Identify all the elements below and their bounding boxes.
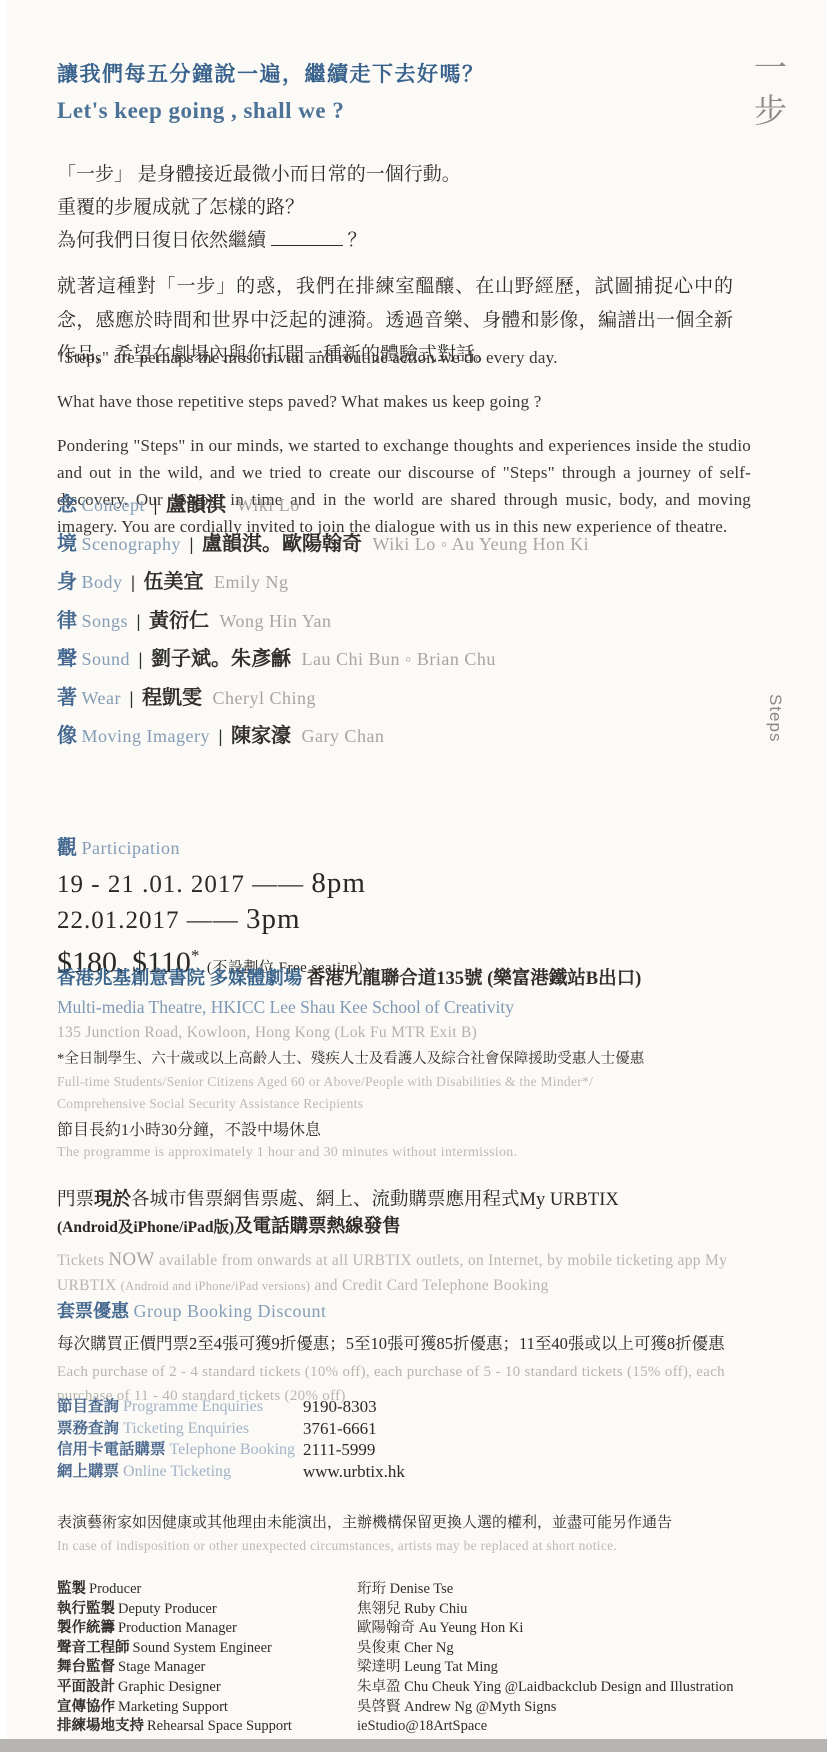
credit-row-scenography: 境 Scenography | 盧韻淇。歐陽翰奇 Wiki Lo ◦ Au Ye… <box>57 525 589 564</box>
credit-glyph: 著 <box>57 687 77 709</box>
enquiries-section: 節目查詢Programme Enquiries 9190-8303 票務查詢Ti… <box>57 1396 405 1482</box>
show-time: 8pm <box>311 867 366 899</box>
credit-role: Concept <box>82 495 146 515</box>
tickets-en-pre: Tickets <box>57 1252 108 1269</box>
prod-label: 舞台監督Stage Manager <box>57 1658 357 1678</box>
tickets-en: Tickets NOW available from onwards at al… <box>57 1247 763 1299</box>
enquiry-label: 網上購票Online Ticketing <box>57 1461 303 1483</box>
credit-role: Body <box>82 572 123 592</box>
title-en: Let's keep going , shall we ? <box>57 98 485 124</box>
credit-name-en: Gary Chan <box>295 726 384 746</box>
discount-header: 套票優惠 Group Booking Discount <box>57 1297 747 1323</box>
intro-zh-line1: 「一步」 是身體接近最微小而日常的一個行動。 <box>57 158 733 191</box>
prod-name: 焦翎兒 Ruby Chiu <box>357 1600 467 1620</box>
tickets-zh-hotline: 及電話購票熱線發售 <box>234 1217 401 1237</box>
credit-separator: | <box>126 688 138 708</box>
prod-label: 宣傳協作Marketing Support <box>57 1698 357 1718</box>
disclaimer-zh: 表演藝術家如因健康或其他理由未能演出，主辦機構保留更換人選的權利，並盡可能另作通… <box>57 1512 672 1534</box>
prod-name: 梁達明 Leung Tat Ming <box>357 1658 498 1678</box>
credit-name-en: Lau Chi Bun ◦ Brian Chu <box>295 649 495 669</box>
prod-label-zh: 聲音工程師 <box>57 1640 130 1656</box>
venue-address-en: 135 Junction Road, Kowloon, Hong Kong (L… <box>57 1024 641 1042</box>
credit-glyph: 身 <box>57 571 77 593</box>
prod-label-zh: 製作統籌 <box>57 1620 115 1636</box>
duration-en: The programme is approximately 1 hour an… <box>57 1145 517 1161</box>
enquiry-row-online-ticketing: 網上購票Online Ticketing www.urbtix.hk <box>57 1461 405 1483</box>
enquiry-label-en: Telephone Booking <box>166 1441 296 1458</box>
participation-label: Participation <box>82 838 180 858</box>
prod-name: 吳啓賢 Andrew Ng @Myth Signs <box>357 1698 556 1718</box>
venue-line-zh: 香港兆基創意書院 多媒體劇場 香港九龍聯合道135號 (樂富港鐵站B出口) <box>57 966 641 992</box>
flyer-header: 讓我們每五分鐘說一遍，繼續走下去好嗎？ Let's keep going , s… <box>57 58 485 124</box>
tickets-zh-post: 各城市售票網售票處、網上、流動購票應用程式My URBTIX <box>131 1190 619 1210</box>
price-asterisk: * <box>191 946 200 965</box>
credit-separator: | <box>214 726 226 746</box>
intro-en-para2: What have those repetitive steps paved? … <box>57 388 751 415</box>
date-dash: —— <box>252 871 304 898</box>
credit-name-en: Wiki Lo ◦ Au Yeung Hon Ki <box>366 534 589 554</box>
credit-row-concept: 念 Concept | 盧韻淇 Wiki Lo <box>57 486 589 525</box>
credit-separator: | <box>185 534 197 554</box>
fill-in-blank <box>271 226 343 246</box>
discount-header-zh: 套票優惠 <box>57 1301 129 1321</box>
prod-row-graphic-designer: 平面設計Graphic Designer 朱卓盈 Chu Cheuk Ying … <box>57 1678 733 1698</box>
prod-label-en: Graphic Designer <box>115 1679 221 1695</box>
credit-name-en: Emily Ng <box>208 572 289 592</box>
credit-row-sound: 聲 Sound | 劉子斌。朱彥龢 Lau Chi Bun ◦ Brian Ch… <box>57 640 589 679</box>
enquiry-label-en: Online Ticketing <box>119 1463 231 1480</box>
intro-en-para1: "Steps" are perhaps the most trivial and… <box>57 344 751 371</box>
credit-glyph: 境 <box>57 533 77 555</box>
credit-row-wear: 著 Wear | 程凱雯 Cheryl Ching <box>57 679 589 718</box>
prod-label-en: Production Manager <box>115 1620 237 1636</box>
enquiry-row-programme: 節目查詢Programme Enquiries 9190-8303 <box>57 1396 405 1418</box>
ticketing-info: 門票現於各城市售票網售票處、網上、流動購票應用程式My URBTIX (Andr… <box>57 1187 763 1299</box>
venue-name-zh: 香港兆基創意書院 多媒體劇場 <box>57 969 302 989</box>
prod-label-zh: 宣傳協作 <box>57 1699 115 1715</box>
date-text: 22.01.2017 <box>57 907 180 934</box>
credit-role: Sound <box>82 649 131 669</box>
enquiry-row-ticketing: 票務查詢Ticketing Enquiries 3761-6661 <box>57 1418 405 1440</box>
tickets-en-platforms: (Android and iPhone/iPad versions) <box>121 1279 311 1293</box>
discount-header-en: Group Booking Discount <box>134 1301 327 1321</box>
prod-name: 珩珩 Denise Tse <box>357 1580 453 1600</box>
intro-zh-line2: 重覆的步履成就了怎樣的路？ <box>57 191 733 224</box>
enquiry-label-en: Programme Enquiries <box>119 1398 263 1415</box>
prod-row-marketing-support: 宣傳協作Marketing Support 吳啓賢 Andrew Ng @Myt… <box>57 1698 733 1718</box>
yat-bo-logo: 一步 <box>750 50 783 136</box>
enquiry-label-zh: 票務查詢 <box>57 1420 119 1437</box>
show-date-2: 22.01.2017 —— 3pm <box>57 902 366 938</box>
intro-zh-line3-pre: 為何我們日復日依然繼續 <box>57 230 271 251</box>
prod-name: 朱卓盈 Chu Cheuk Ying @Laidbackclub Design … <box>357 1678 733 1698</box>
credit-glyph: 念 <box>57 494 77 516</box>
enquiry-label-en: Ticketing Enquiries <box>119 1420 249 1437</box>
prod-label-zh: 舞台監督 <box>57 1659 115 1675</box>
concession-en-line2: Comprehensive Social Security Assistance… <box>57 1094 644 1114</box>
prod-label: 平面設計Graphic Designer <box>57 1678 357 1698</box>
prod-row-rehearsal-space: 排練場地支持Rehearsal Space Support ieStudio@1… <box>57 1717 733 1737</box>
credit-separator: | <box>135 649 147 669</box>
duration-zh: 節目長約1小時30分鐘，不設中場休息 <box>57 1117 517 1140</box>
credit-row-body: 身 Body | 伍美宜 Emily Ng <box>57 563 589 602</box>
tickets-zh-line2: (Android及iPhone/iPad版)及電話購票熱線發售 <box>57 1214 763 1241</box>
prod-label-zh: 監製 <box>57 1581 86 1597</box>
prod-label-en: Producer <box>86 1581 141 1597</box>
prod-row-producer: 監製Producer 珩珩 Denise Tse <box>57 1580 733 1600</box>
scan-bottom-edge <box>0 1739 827 1752</box>
concession-zh: *全日制學生、六十歲或以上高齡人士、殘疾人士及看護人及綜合社會保障援助受惠人士優… <box>57 1048 644 1070</box>
date-text: 19 - 21 .01. 2017 <box>57 871 245 898</box>
steps-vertical-label: Steps <box>765 694 785 742</box>
tickets-en-now: NOW <box>108 1249 154 1270</box>
participation-glyph: 觀 <box>57 837 77 859</box>
group-discount-section: 套票優惠 Group Booking Discount 每次購買正價門票2至4張… <box>57 1297 747 1408</box>
tickets-zh-line1: 門票現於各城市售票網售票處、網上、流動購票應用程式My URBTIX <box>57 1187 763 1214</box>
enquiry-label: 票務查詢Ticketing Enquiries <box>57 1418 303 1440</box>
credit-name-zh: 劉子斌。朱彥龢 <box>151 648 291 670</box>
credit-role: Wear <box>82 688 122 708</box>
credit-glyph: 聲 <box>57 648 77 670</box>
disclaimer-section: 表演藝術家如因健康或其他理由未能演出，主辦機構保留更換人選的權利，並盡可能另作通… <box>57 1512 672 1556</box>
credit-role: Songs <box>82 611 129 631</box>
prod-label: 排練場地支持Rehearsal Space Support <box>57 1717 357 1737</box>
venue-name-en: Multi-media Theatre, HKICC Lee Shau Kee … <box>57 997 641 1018</box>
credit-name-zh: 伍美宜 <box>143 571 203 593</box>
prod-name: 吳俊東 Cher Ng <box>357 1639 454 1659</box>
credit-row-moving-imagery: 像 Moving Imagery | 陳家濠 Gary Chan <box>57 717 589 756</box>
credit-separator: | <box>150 495 162 515</box>
prod-label: 聲音工程師Sound System Engineer <box>57 1639 357 1659</box>
credit-name-en: Cheryl Ching <box>207 688 317 708</box>
credit-glyph: 律 <box>57 610 77 632</box>
tickets-zh-now: 現於 <box>94 1190 131 1210</box>
intro-zh-line3: 為何我們日復日依然繼續 ？ <box>57 224 733 257</box>
credit-row-songs: 律 Songs | 黃衍仁 Wong Hin Yan <box>57 602 589 641</box>
credit-role: Scenography <box>82 534 181 554</box>
enquiry-label: 信用卡電話購票Telephone Booking <box>57 1439 303 1461</box>
credit-name-en: Wiki Lo <box>230 495 299 515</box>
concession-note: *全日制學生、六十歲或以上高齡人士、殘疾人士及看護人及綜合社會保障援助受惠人士優… <box>57 1048 644 1114</box>
intro-chinese: 「一步」 是身體接近最微小而日常的一個行動。 重覆的步履成就了怎樣的路？ 為何我… <box>57 158 733 372</box>
prod-label-en: Deputy Producer <box>115 1601 217 1617</box>
prod-label-zh: 執行監製 <box>57 1601 115 1617</box>
prod-label: 監製Producer <box>57 1580 357 1600</box>
prod-label-zh: 平面設計 <box>57 1679 115 1695</box>
prod-label-en: Marketing Support <box>115 1699 228 1715</box>
venue-section: 香港兆基創意書院 多媒體劇場 香港九龍聯合道135號 (樂富港鐵站B出口) Mu… <box>57 966 641 1042</box>
prod-row-sound-engineer: 聲音工程師Sound System Engineer 吳俊東 Cher Ng <box>57 1639 733 1659</box>
disclaimer-en: In case of indisposition or other unexpe… <box>57 1536 672 1556</box>
tickets-zh-pre: 門票 <box>57 1190 94 1210</box>
prod-label: 執行監製Deputy Producer <box>57 1600 357 1620</box>
production-credits: 監製Producer 珩珩 Denise Tse 執行監製Deputy Prod… <box>57 1580 733 1737</box>
prod-row-stage-manager: 舞台監督Stage Manager 梁達明 Leung Tat Ming <box>57 1658 733 1678</box>
duration-note: 節目長約1小時30分鐘，不設中場休息 The programme is appr… <box>57 1117 517 1161</box>
credit-name-zh: 程凱雯 <box>142 687 202 709</box>
enquiry-label-zh: 信用卡電話購票 <box>57 1441 166 1458</box>
participation-section: 觀 Participation 19 - 21 .01. 2017 —— 8pm… <box>57 831 366 980</box>
prod-label-en: Rehearsal Space Support <box>144 1718 292 1734</box>
prod-label-zh: 排練場地支持 <box>57 1718 144 1734</box>
enquiry-label-zh: 節目查詢 <box>57 1398 119 1415</box>
ticketing-enquiries-phone: 3761-6661 <box>303 1418 377 1440</box>
prod-name: ieStudio@18ArtSpace <box>357 1717 487 1737</box>
enquiry-label: 節目查詢Programme Enquiries <box>57 1396 303 1418</box>
tickets-en-tail: and Credit Card Telephone Booking <box>310 1277 548 1294</box>
enquiry-label-zh: 網上購票 <box>57 1463 119 1480</box>
telephone-booking-phone: 2111-5999 <box>303 1439 375 1461</box>
enquiry-row-telephone-booking: 信用卡電話購票Telephone Booking 2111-5999 <box>57 1439 405 1461</box>
concession-en-line1: Full-time Students/Senior Citizens Aged … <box>57 1072 644 1092</box>
date-dash: —— <box>187 907 239 934</box>
prod-row-production-manager: 製作統籌Production Manager 歐陽翰奇 Au Yeung Hon… <box>57 1619 733 1639</box>
programme-enquiries-phone: 9190-8303 <box>303 1396 377 1418</box>
prod-row-deputy-producer: 執行監製Deputy Producer 焦翎兒 Ruby Chiu <box>57 1600 733 1620</box>
urbtix-website-link[interactable]: www.urbtix.hk <box>303 1461 405 1483</box>
prod-label-en: Stage Manager <box>115 1659 205 1675</box>
credit-glyph: 像 <box>57 725 77 747</box>
venue-address-zh: 香港九龍聯合道135號 (樂富港鐵站B出口) <box>307 969 642 989</box>
scan-left-edge <box>0 0 7 1752</box>
intro-zh-line3-post: ？ <box>343 230 367 251</box>
credit-role: Moving Imagery <box>82 726 210 746</box>
credit-separator: | <box>127 572 139 592</box>
credit-name-zh: 盧韻淇 <box>166 494 226 516</box>
credit-name-zh: 陳家濠 <box>231 725 291 747</box>
creative-credits: 念 Concept | 盧韻淇 Wiki Lo 境 Scenography | … <box>57 486 589 756</box>
discount-zh: 每次購買正價門票2至4張可獲9折優惠；5至10張可獲85折優惠；11至40張或以… <box>57 1330 747 1354</box>
tickets-zh-platforms: (Android及iPhone/iPad版) <box>57 1219 234 1236</box>
prod-name: 歐陽翰奇 Au Yeung Hon Ki <box>357 1619 523 1639</box>
flyer-page: 一步 Steps 讓我們每五分鐘說一遍，繼續走下去好嗎？ Let's keep … <box>0 0 827 1752</box>
credit-name-zh: 黃衍仁 <box>149 610 209 632</box>
credit-name-en: Wong Hin Yan <box>213 611 331 631</box>
prod-label-en: Sound System Engineer <box>130 1640 272 1656</box>
show-date-1: 19 - 21 .01. 2017 —— 8pm <box>57 866 366 902</box>
prod-label: 製作統籌Production Manager <box>57 1619 357 1639</box>
show-time: 3pm <box>246 903 301 935</box>
credit-separator: | <box>133 611 145 631</box>
title-zh: 讓我們每五分鐘說一遍，繼續走下去好嗎？ <box>57 58 485 88</box>
credit-name-zh: 盧韻淇。歐陽翰奇 <box>202 533 362 555</box>
participation-header: 觀 Participation <box>57 831 366 860</box>
